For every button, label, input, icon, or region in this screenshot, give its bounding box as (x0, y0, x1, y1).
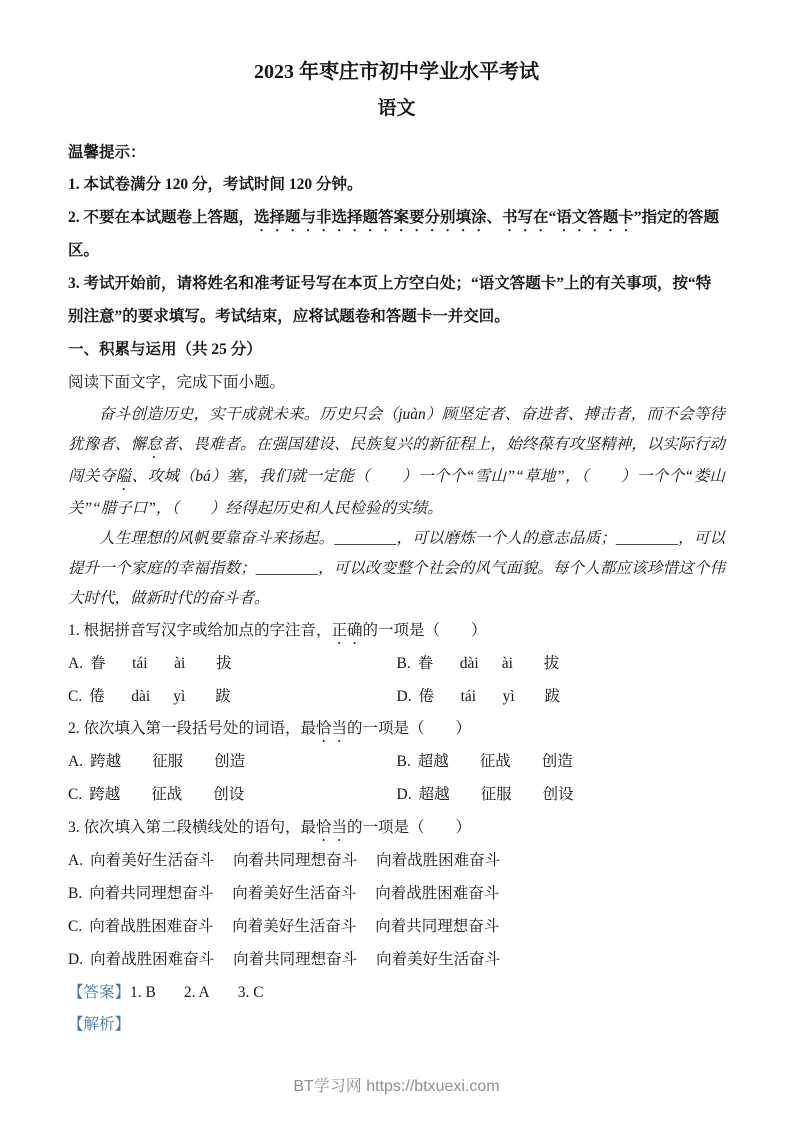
reading-intro: 阅读下面文字，完成下面小题。 (68, 367, 725, 400)
option-q3-b: B.向着共同理想奋斗向着美好生活奋斗向着战胜困难奋斗 (68, 878, 725, 911)
option-cell: ài (174, 648, 216, 681)
option-cell: 向着美好生活奋斗 (376, 951, 500, 968)
option-q3-c: C.向着战胜困难奋斗向着美好生活奋斗向着共同理想奋斗 (68, 911, 725, 944)
q3-stem-post: 的一项是（ ） (347, 819, 471, 836)
option-cell: 拔 (544, 655, 560, 672)
option-cell: 创设 (213, 786, 244, 803)
analysis-row: 【解析】 (68, 1009, 725, 1042)
option-label: B. (397, 746, 411, 779)
analysis-tag: 【解析】 (68, 1016, 130, 1033)
option-cell: 向着共同理想奋斗 (375, 918, 499, 935)
question-3-stem: 3. 依次填入第二段横线处的语句，最恰当的一项是（ ） (68, 812, 725, 845)
option-q3-a: A.向着美好生活奋斗向着共同理想奋斗向着战胜困难奋斗 (68, 845, 725, 878)
option-label: C. (68, 911, 82, 944)
option-label: B. (68, 878, 82, 911)
option-label: A. (68, 648, 83, 681)
site-watermark: BT学习网 https://btxuexi.com (0, 1073, 793, 1096)
option-cell: dài (131, 681, 173, 714)
option-cell: yì (173, 681, 215, 714)
option-q1-b: B.眷dàiài拔 (397, 648, 726, 681)
site-watermark-link[interactable]: BT学习网 https://btxuexi.com (293, 1078, 499, 1095)
option-q2-c: C.跨越征战创设 (68, 779, 397, 812)
option-q1-c: C.倦dàiyì跋 (68, 681, 397, 714)
option-cell: 向着共同理想奋斗 (233, 845, 376, 878)
option-cell: 向着战胜困难奋斗 (376, 852, 500, 869)
exam-paper-page: 2023 年枣庄市初中学业水平考试 语文 温馨提示： 1. 本试卷满分 120 … (0, 0, 793, 1122)
question-2-stem: 2. 依次填入第一段括号处的词语，最恰当的一项是（ ） (68, 713, 725, 746)
option-cell: 跨越 (90, 746, 152, 779)
option-cell: 向着美好生活奋斗 (90, 845, 233, 878)
notice-heading: 温馨提示： (68, 137, 725, 170)
option-label: B. (397, 648, 411, 681)
q2-stem-post: 的一项是（ ） (347, 720, 471, 737)
notice-item-3: 3. 考试开始前，请将姓名和准考证号写在本页上方空白处；“语文答题卡”上的有关事… (68, 268, 725, 334)
option-label: C. (68, 779, 82, 812)
passage-1-dotted-char-2: 隘 (116, 468, 132, 485)
option-label: C. (68, 681, 82, 714)
option-cell: 拔 (216, 655, 232, 672)
option-label: A. (68, 845, 83, 878)
answer-item-2: 2. A (184, 977, 210, 1010)
option-cell: 向着共同理想奋斗 (89, 878, 232, 911)
notice-item-1: 1. 本试卷满分 120 分，考试时间 120 分钟。 (68, 169, 725, 202)
option-cell: 向着战胜困难奋斗 (89, 911, 232, 944)
option-cell: 倦 (419, 681, 461, 714)
subject-title: 语文 (68, 96, 725, 123)
question-1-options: A.眷táiài拔 B.眷dàiài拔 C.倦dàiyì跋 D.倦táiyì跋 (68, 648, 725, 714)
notice-item-2: 2. 不要在本试题卷上答题，选择题与非选择题答案要分别填涂、书写在“语文答题卡”… (68, 202, 725, 268)
option-cell: 创设 (543, 786, 574, 803)
answer-tag: 【答案】 (68, 984, 130, 1001)
question-1-stem: 1. 根据拼音写汉字或给加点的字注音，正确的一项是（ ） (68, 615, 725, 648)
question-3-options: A.向着美好生活奋斗向着共同理想奋斗向着战胜困难奋斗 B.向着共同理想奋斗向着美… (68, 845, 725, 976)
page-title: 2023 年枣庄市初中学业水平考试 (68, 58, 725, 86)
option-cell: 倦 (89, 681, 131, 714)
option-label: D. (397, 779, 412, 812)
option-label: D. (68, 944, 83, 977)
option-cell: 向着战胜困难奋斗 (375, 885, 499, 902)
notice-item-2-emphasized: 选择题与非选择题答案要分别填涂、书写在“语文答题卡” (254, 209, 642, 226)
option-cell: 征战 (151, 779, 213, 812)
option-cell: 向着美好生活奋斗 (232, 878, 375, 911)
passage-paragraph-2: 人生理想的风帆要靠奋斗来扬起。________，可以磨炼一个人的意志品质；___… (68, 524, 725, 615)
option-cell: 超越 (419, 779, 481, 812)
option-cell: 创造 (542, 753, 573, 770)
option-cell: 征战 (480, 746, 542, 779)
option-cell: 征服 (481, 779, 543, 812)
question-2-options: A.跨越征服创造 B.超越征战创造 C.跨越征战创设 D.超越征服创设 (68, 746, 725, 812)
answer-item-3: 3. C (238, 977, 264, 1010)
option-q1-d: D.倦táiyì跋 (397, 681, 726, 714)
answer-row: 【答案】1. B2. A3. C (68, 977, 725, 1010)
notice-item-2-pre: 2. 不要在本试题卷上答题， (68, 209, 254, 226)
option-cell: 跋 (215, 688, 231, 705)
option-q2-b: B.超越征战创造 (397, 746, 726, 779)
option-cell: dài (460, 648, 502, 681)
q3-stem-pre: 3. 依次填入第二段横线处的语句，最 (68, 819, 316, 836)
option-cell: yì (503, 681, 545, 714)
option-cell: tái (132, 648, 174, 681)
option-q3-d: D.向着战胜困难奋斗向着共同理想奋斗向着美好生活奋斗 (68, 944, 725, 977)
q2-stem-pre: 2. 依次填入第一段括号处的词语，最 (68, 720, 316, 737)
q1-stem-emphasized: 正确 (332, 622, 363, 639)
option-q1-a: A.眷táiài拔 (68, 648, 397, 681)
passage-paragraph-1: 奋斗创造历史，实干成就未来。历史只会（juàn）顾坚定者、奋进者、搏击者，而不会… (68, 400, 725, 524)
option-cell: 向着美好生活奋斗 (232, 911, 375, 944)
option-cell: 向着战胜困难奋斗 (90, 944, 233, 977)
option-cell: 征服 (152, 746, 214, 779)
option-label: A. (68, 746, 83, 779)
option-cell: 眷 (418, 648, 460, 681)
option-q2-a: A.跨越征服创造 (68, 746, 397, 779)
option-cell: tái (461, 681, 503, 714)
option-cell: 眷 (90, 648, 132, 681)
q1-stem-pre: 1. 根据拼音写汉字或给加点的字注音， (68, 622, 332, 639)
section-heading: 一、积累与运用（共 25 分） (68, 334, 725, 367)
q3-stem-emphasized: 恰当 (316, 819, 347, 836)
option-cell: 跋 (545, 688, 561, 705)
passage-1-post: 、攻城（bá）塞，我们就一定能（ ）一个个“雪山”“草地”，（ ）一个个“娄山关… (68, 468, 725, 517)
option-cell: 创造 (214, 753, 245, 770)
q1-stem-post: 的一项是（ ） (363, 622, 487, 639)
option-label: D. (397, 681, 412, 714)
option-cell: 超越 (418, 746, 480, 779)
option-q2-d: D.超越征服创设 (397, 779, 726, 812)
option-cell: 跨越 (89, 779, 151, 812)
q2-stem-emphasized: 恰当 (316, 720, 347, 737)
answer-item-1: 1. B (130, 977, 156, 1010)
passage-1-dotted-char-1: 怠 (146, 436, 162, 453)
notice-section: 温馨提示： 1. 本试卷满分 120 分，考试时间 120 分钟。 2. 不要在… (68, 137, 725, 334)
option-cell: 向着共同理想奋斗 (233, 944, 376, 977)
option-cell: ài (502, 648, 544, 681)
